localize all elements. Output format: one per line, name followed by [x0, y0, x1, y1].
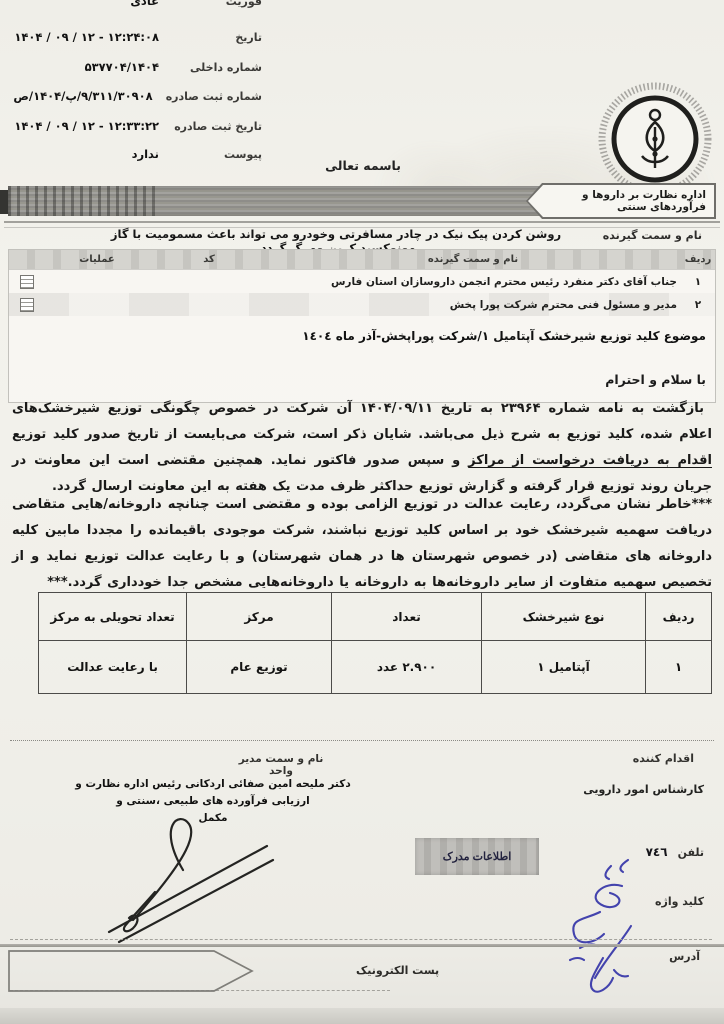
doc-info-button-label: اطلاعات مدرک: [443, 850, 512, 863]
internal-no-value: ۵۳۷۷۰۴/۱۴۰۴: [85, 60, 159, 74]
recipient-row: ۱ جناب آقای دکتر منفرد رئیس محترم انجمن …: [9, 270, 715, 293]
distribution-table: ردیف نوع شیرخشک تعداد مرکز تعداد تحویلی …: [38, 592, 712, 694]
cell-row-number: ۱: [645, 640, 711, 693]
recipients-table-header: ردیف نام و سمت گیرنده کد عملیات: [9, 250, 715, 270]
scan-edge-artifact: [0, 190, 8, 214]
scanned-letter-page: فوریت عادی تاریخ ۱۴۰۴ / ۰۹ / ۱۲ - ۱۲:۲۴:…: [0, 0, 724, 1024]
address-label: آدرس: [669, 950, 700, 963]
scan-noise: [8, 186, 158, 216]
recipient-name: مدیر و مسئول فنی محترم شرکت پورا پخش: [269, 299, 681, 311]
priority-value: عادی: [130, 0, 159, 8]
meta-internal-no: شماره داخلی ۵۳۷۷۰۴/۱۴۰۴: [85, 60, 262, 74]
col-header-code: کد: [149, 254, 269, 265]
department-badge-label: اداره نظارت بر داروها و فرآوردهای سنتی: [528, 189, 714, 213]
attachment-box-icon[interactable]: [20, 298, 34, 312]
recipient-note-label: نام و سمت گیرنده: [603, 229, 702, 242]
university-seal-icon: [598, 82, 712, 196]
col-header-ops: عملیات: [45, 254, 149, 265]
underlined-phrase: اقدام به دریافت درخواست از مراکز: [468, 453, 712, 468]
body-paragraph-2: ***خاطر نشان می‌گردد، رعایت عدالت در توز…: [12, 492, 712, 596]
recipient-name: جناب آقای دکتر منفرد رئیس محترم انجمن دا…: [269, 276, 681, 288]
attachment-value: ندارد: [132, 147, 159, 161]
attachment-box-icon[interactable]: [20, 275, 34, 289]
solid-rule: [0, 944, 724, 947]
dashed-rule: [10, 939, 712, 940]
issue-date-value: ۱۴۰۴ / ۰۹ / ۱۲ - ۱۲:۳۳:۲۲: [14, 119, 159, 133]
col-header-row: ردیف: [681, 254, 715, 265]
paragraph-text: بازگشت به نامه شماره ۲۳۹۶۴ به تاریخ ۱۴۰۴…: [12, 401, 712, 442]
cell-center: توزیع عام: [186, 640, 331, 693]
internal-no-label: شماره داخلی: [172, 61, 262, 74]
footer-divider: [10, 740, 714, 741]
header-center: مرکز: [186, 593, 331, 640]
actor-label: اقدام کننده: [633, 752, 694, 765]
header-milk-type: نوع شیرخشک: [481, 593, 645, 640]
header-quantity: تعداد: [331, 593, 481, 640]
department-badge: اداره نظارت بر داروها و فرآوردهای سنتی: [528, 185, 714, 217]
email-label: پست الکترونیک: [356, 964, 439, 977]
salutation: با سلام و احترام: [605, 372, 706, 387]
actor-title: کارشناس امور دارویی: [583, 783, 704, 796]
handwritten-signature-icon: [95, 808, 285, 948]
col-header-name: نام و سمت گیرنده: [269, 254, 681, 265]
meta-date: تاریخ ۱۴۰۴ / ۰۹ / ۱۲ - ۱۲:۲۴:۰۸: [14, 30, 262, 44]
date-value: ۱۴۰۴ / ۰۹ / ۱۲ - ۱۲:۲۴:۰۸: [14, 30, 159, 44]
meta-attachment: پیوست ندارد: [132, 147, 262, 161]
header-row: ردیف: [645, 593, 711, 640]
cell-milk-type: آپتامیل ۱: [481, 640, 645, 693]
scan-bottom-edge: [0, 1008, 724, 1024]
phone-label: تلفن: [678, 846, 704, 859]
subject-line: موضوع کلید توزیع شیرخشک آپتامیل ۱/شرکت پ…: [302, 329, 706, 343]
issue-date-label: تاریخ ثبت صادره: [172, 120, 262, 133]
issue-no-label: شماره ثبت صادره: [166, 90, 262, 103]
distribution-table-row: ۱ آپتامیل ۱ ۲.۹۰۰ عدد توزیع عام با رعایت…: [39, 640, 711, 693]
phone-row: تلفن ٧٤٦: [646, 845, 704, 859]
header-delivered: تعداد تحویلی به مرکز: [39, 593, 186, 640]
keyword-label: کلید واژه: [655, 895, 704, 908]
issue-no-value: ص/۱۴۰۴/پ/۹/۳۱۱/۳۰۹۰۸: [13, 89, 152, 103]
cell-delivered: با رعایت عدالت: [39, 640, 186, 693]
meta-issue-date: تاریخ ثبت صادره ۱۴۰۴ / ۰۹ / ۱۲ - ۱۲:۳۳:۲…: [14, 119, 262, 133]
meta-issue-no: شماره ثبت صادره ص/۱۴۰۴/پ/۹/۳۱۱/۳۰۹۰۸: [13, 89, 262, 103]
meta-priority: فوریت عادی: [130, 0, 262, 8]
recipient-row-number: ۱: [681, 276, 715, 288]
attachment-label: پیوست: [172, 148, 262, 161]
recipient-row-number: ۲: [681, 299, 715, 311]
doc-info-button[interactable]: اطلاعات مدرک: [415, 838, 539, 875]
email-banner-outline: [8, 950, 254, 992]
manager-name-line1: دکتر ملیحه امین صفائی اردکانی رئیس اداره…: [75, 778, 350, 807]
distribution-table-header: ردیف نوع شیرخشک تعداد مرکز تعداد تحویلی …: [39, 593, 711, 640]
manager-label: نام و سمت مدیر واحد: [226, 753, 336, 777]
besmele-text: باسمه تعالی: [318, 158, 408, 173]
priority-label: فوریت: [172, 0, 262, 8]
cell-quantity: ۲.۹۰۰ عدد: [331, 640, 481, 693]
blue-pen-annotation-icon: [536, 852, 651, 994]
recipient-row: ۲ مدیر و مسئول فنی محترم شرکت پورا پخش: [9, 293, 715, 316]
date-label: تاریخ: [172, 31, 262, 44]
body-paragraph-1: بازگشت به نامه شماره ۲۳۹۶۴ به تاریخ ۱۴۰۴…: [12, 396, 712, 500]
